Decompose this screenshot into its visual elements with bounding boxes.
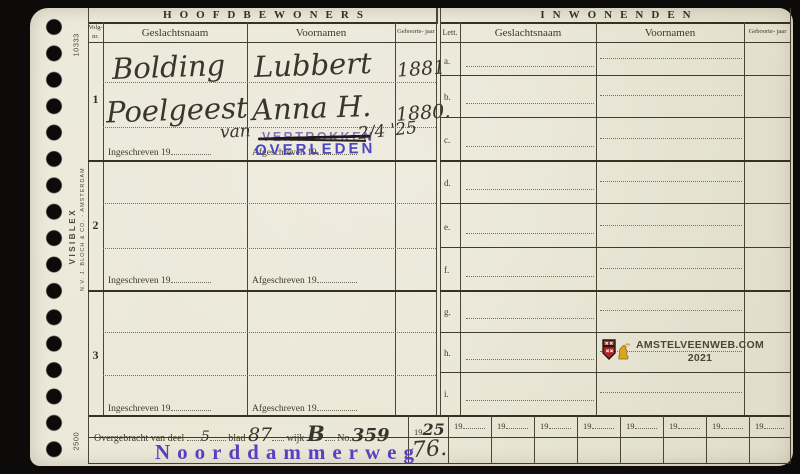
- writing-line: [466, 146, 594, 147]
- header-underline: [440, 42, 790, 43]
- writing-line: [103, 203, 436, 204]
- dotted-fill: [764, 420, 784, 429]
- column-header-voornamen: Voornamen: [248, 23, 394, 42]
- writing-line: [600, 392, 742, 393]
- ingeschreven-label: Ingeschreven 19: [108, 274, 211, 286]
- dotted-fill: [678, 420, 700, 429]
- dotted-fill: [549, 420, 571, 429]
- column-line: [596, 22, 597, 415]
- column-line: [460, 22, 461, 415]
- ingeschreven-text: Ingeschreven 19: [108, 148, 171, 158]
- writing-line: [103, 332, 436, 333]
- writing-line: [466, 400, 594, 401]
- cell-line: [706, 415, 707, 463]
- dotted-fill: [171, 146, 211, 155]
- registration-card: 10333 VISIBLEX N.V. J. BLOCH & CO. - AMS…: [30, 8, 793, 466]
- afgeschreven-label: Afgeschreven 19: [252, 402, 357, 414]
- cell-line: [491, 415, 492, 463]
- handwritten-year-1: 1881: [396, 56, 446, 81]
- row-letter: g.: [444, 307, 451, 317]
- group-divider: [88, 160, 437, 162]
- dotted-fill: [592, 420, 614, 429]
- year-prefix: 19: [497, 421, 506, 431]
- year-cell: 19: [493, 416, 528, 431]
- column-line: [395, 22, 396, 415]
- print-run-number: 2500: [72, 391, 81, 451]
- watermark: AMSTELVEENWEB.COM 2021: [602, 339, 764, 364]
- row-divider: [440, 75, 790, 76]
- row-letter: h.: [444, 348, 451, 358]
- handwritten-firstnames-2: Anna H.: [251, 89, 371, 127]
- group-divider: [88, 290, 437, 292]
- row-letter: i.: [444, 389, 449, 399]
- handwritten-van: van: [219, 121, 251, 143]
- year-prefix: 19: [626, 421, 635, 431]
- afgeschreven-text: Afgeschreven 19: [252, 404, 317, 414]
- year-prefix: 19: [540, 421, 549, 431]
- year-prefix: 19: [583, 421, 592, 431]
- dotted-fill: [317, 274, 357, 283]
- punch-holes: [39, 14, 69, 462]
- cell-line: [749, 415, 750, 463]
- afgeschreven-text: Afgeschreven 19: [252, 276, 317, 286]
- hoofdbewoners-title: HOOFDBEWONERS: [88, 8, 438, 24]
- group-divider: [440, 290, 790, 292]
- column-header-volgnr: Volg- nr.: [88, 23, 103, 42]
- row-divider: [440, 203, 790, 204]
- watermark-text: AMSTELVEENWEB.COM 2021: [636, 339, 764, 364]
- row-letter: c.: [444, 135, 450, 145]
- printer-imprint: VISIBLEX N.V. J. BLOCH & CO. - AMSTERDAM: [67, 181, 87, 291]
- group-divider: [440, 160, 790, 162]
- writing-line: [600, 58, 742, 59]
- year-cell: 19: [450, 416, 485, 431]
- writing-line: [466, 103, 594, 104]
- year-prefix: 19: [755, 421, 764, 431]
- dotted-fill: [506, 420, 528, 429]
- cell-line: [663, 415, 664, 463]
- watermark-year: 2021: [636, 352, 764, 365]
- cell-line: [620, 415, 621, 463]
- overleden-stamp: OVERLEDEN: [255, 140, 376, 159]
- year-prefix: 19: [712, 421, 721, 431]
- amstelveen-coat-of-arms-icon: [602, 339, 632, 361]
- row-letter: b.: [444, 92, 451, 102]
- dotted-fill: [721, 420, 743, 429]
- printer-company: N.V. J. BLOCH & CO. - AMSTERDAM: [79, 181, 87, 291]
- year-prefix: 19: [454, 421, 463, 431]
- row-divider: [440, 372, 790, 373]
- writing-line: [600, 138, 742, 139]
- writing-line: [466, 66, 594, 67]
- watermark-site: AMSTELVEENWEB.COM: [636, 339, 764, 352]
- writing-line: [600, 95, 742, 96]
- column-line: [103, 22, 104, 415]
- writing-line: [466, 359, 594, 360]
- writing-line: [103, 248, 436, 249]
- writing-line: [466, 189, 594, 190]
- writing-line: [466, 233, 594, 234]
- dotted-fill: [635, 420, 657, 429]
- writing-line: [103, 375, 436, 376]
- printer-brand: VISIBLEX: [67, 181, 79, 291]
- cell-line: [448, 415, 449, 463]
- year-cell: 19: [579, 416, 614, 431]
- row-letter: d.: [444, 178, 451, 188]
- volg-number-1: 1: [88, 92, 103, 107]
- table-border: [790, 415, 791, 463]
- ingeschreven-label: Ingeschreven 19: [108, 146, 211, 158]
- volg-number-2: 2: [88, 218, 103, 233]
- street-name-stamp: Noorddammerweg: [155, 440, 421, 465]
- table-border: [790, 8, 791, 415]
- row-letter: e.: [444, 222, 450, 232]
- form-number: 10333: [72, 0, 81, 57]
- table-border: [440, 8, 441, 415]
- row-letter: a.: [444, 56, 450, 66]
- column-header-geboortejaar: Geboorte- jaar: [396, 23, 436, 42]
- handwritten-firstnames-1: Lubbert: [253, 46, 372, 84]
- ingeschreven-text: Ingeschreven 19: [108, 404, 171, 414]
- writing-line: [600, 310, 742, 311]
- year-cell: 19: [622, 416, 657, 431]
- afgeschreven-label: Afgeschreven 19: [252, 274, 357, 286]
- volg-number-3: 3: [88, 348, 103, 363]
- ingeschreven-text: Ingeschreven 19: [108, 276, 171, 286]
- ingeschreven-label: Ingeschreven 19: [108, 402, 211, 414]
- column-line: [247, 22, 248, 415]
- year-prefix: 19: [669, 421, 678, 431]
- row-divider: [440, 247, 790, 248]
- dotted-fill: [171, 274, 211, 283]
- cell-line: [534, 415, 535, 463]
- column-header-geslachtsnaam: Geslachtsnaam: [461, 23, 595, 42]
- year-cell: 19: [536, 416, 571, 431]
- year-prefix: 19: [414, 427, 423, 437]
- writing-line: [600, 181, 742, 182]
- column-header-geboortejaar: Geboorte- jaar: [745, 23, 790, 42]
- dotted-fill: [171, 402, 211, 411]
- column-header-lett: Lett.: [440, 23, 460, 42]
- column-header-geslachtsnaam: Geslachtsnaam: [104, 23, 246, 42]
- writing-line: [466, 318, 594, 319]
- inwonenden-title: INWONENDEN: [440, 8, 790, 24]
- dotted-fill: [463, 420, 485, 429]
- year-cell: 19: [751, 416, 784, 431]
- row-divider: [440, 117, 790, 118]
- column-header-voornamen: Voornamen: [597, 23, 743, 42]
- year-cell: 19: [708, 416, 743, 431]
- writing-line: [600, 225, 742, 226]
- writing-line: [600, 268, 742, 269]
- dotted-fill: [317, 402, 357, 411]
- writing-line: [466, 276, 594, 277]
- row-letter: f.: [444, 265, 449, 275]
- cell-line: [577, 415, 578, 463]
- year-cell: 19: [665, 416, 700, 431]
- row-divider: [440, 332, 790, 333]
- handwritten-surname-1: Bolding: [111, 48, 225, 86]
- header-underline: [88, 42, 437, 43]
- table-border: [88, 415, 89, 463]
